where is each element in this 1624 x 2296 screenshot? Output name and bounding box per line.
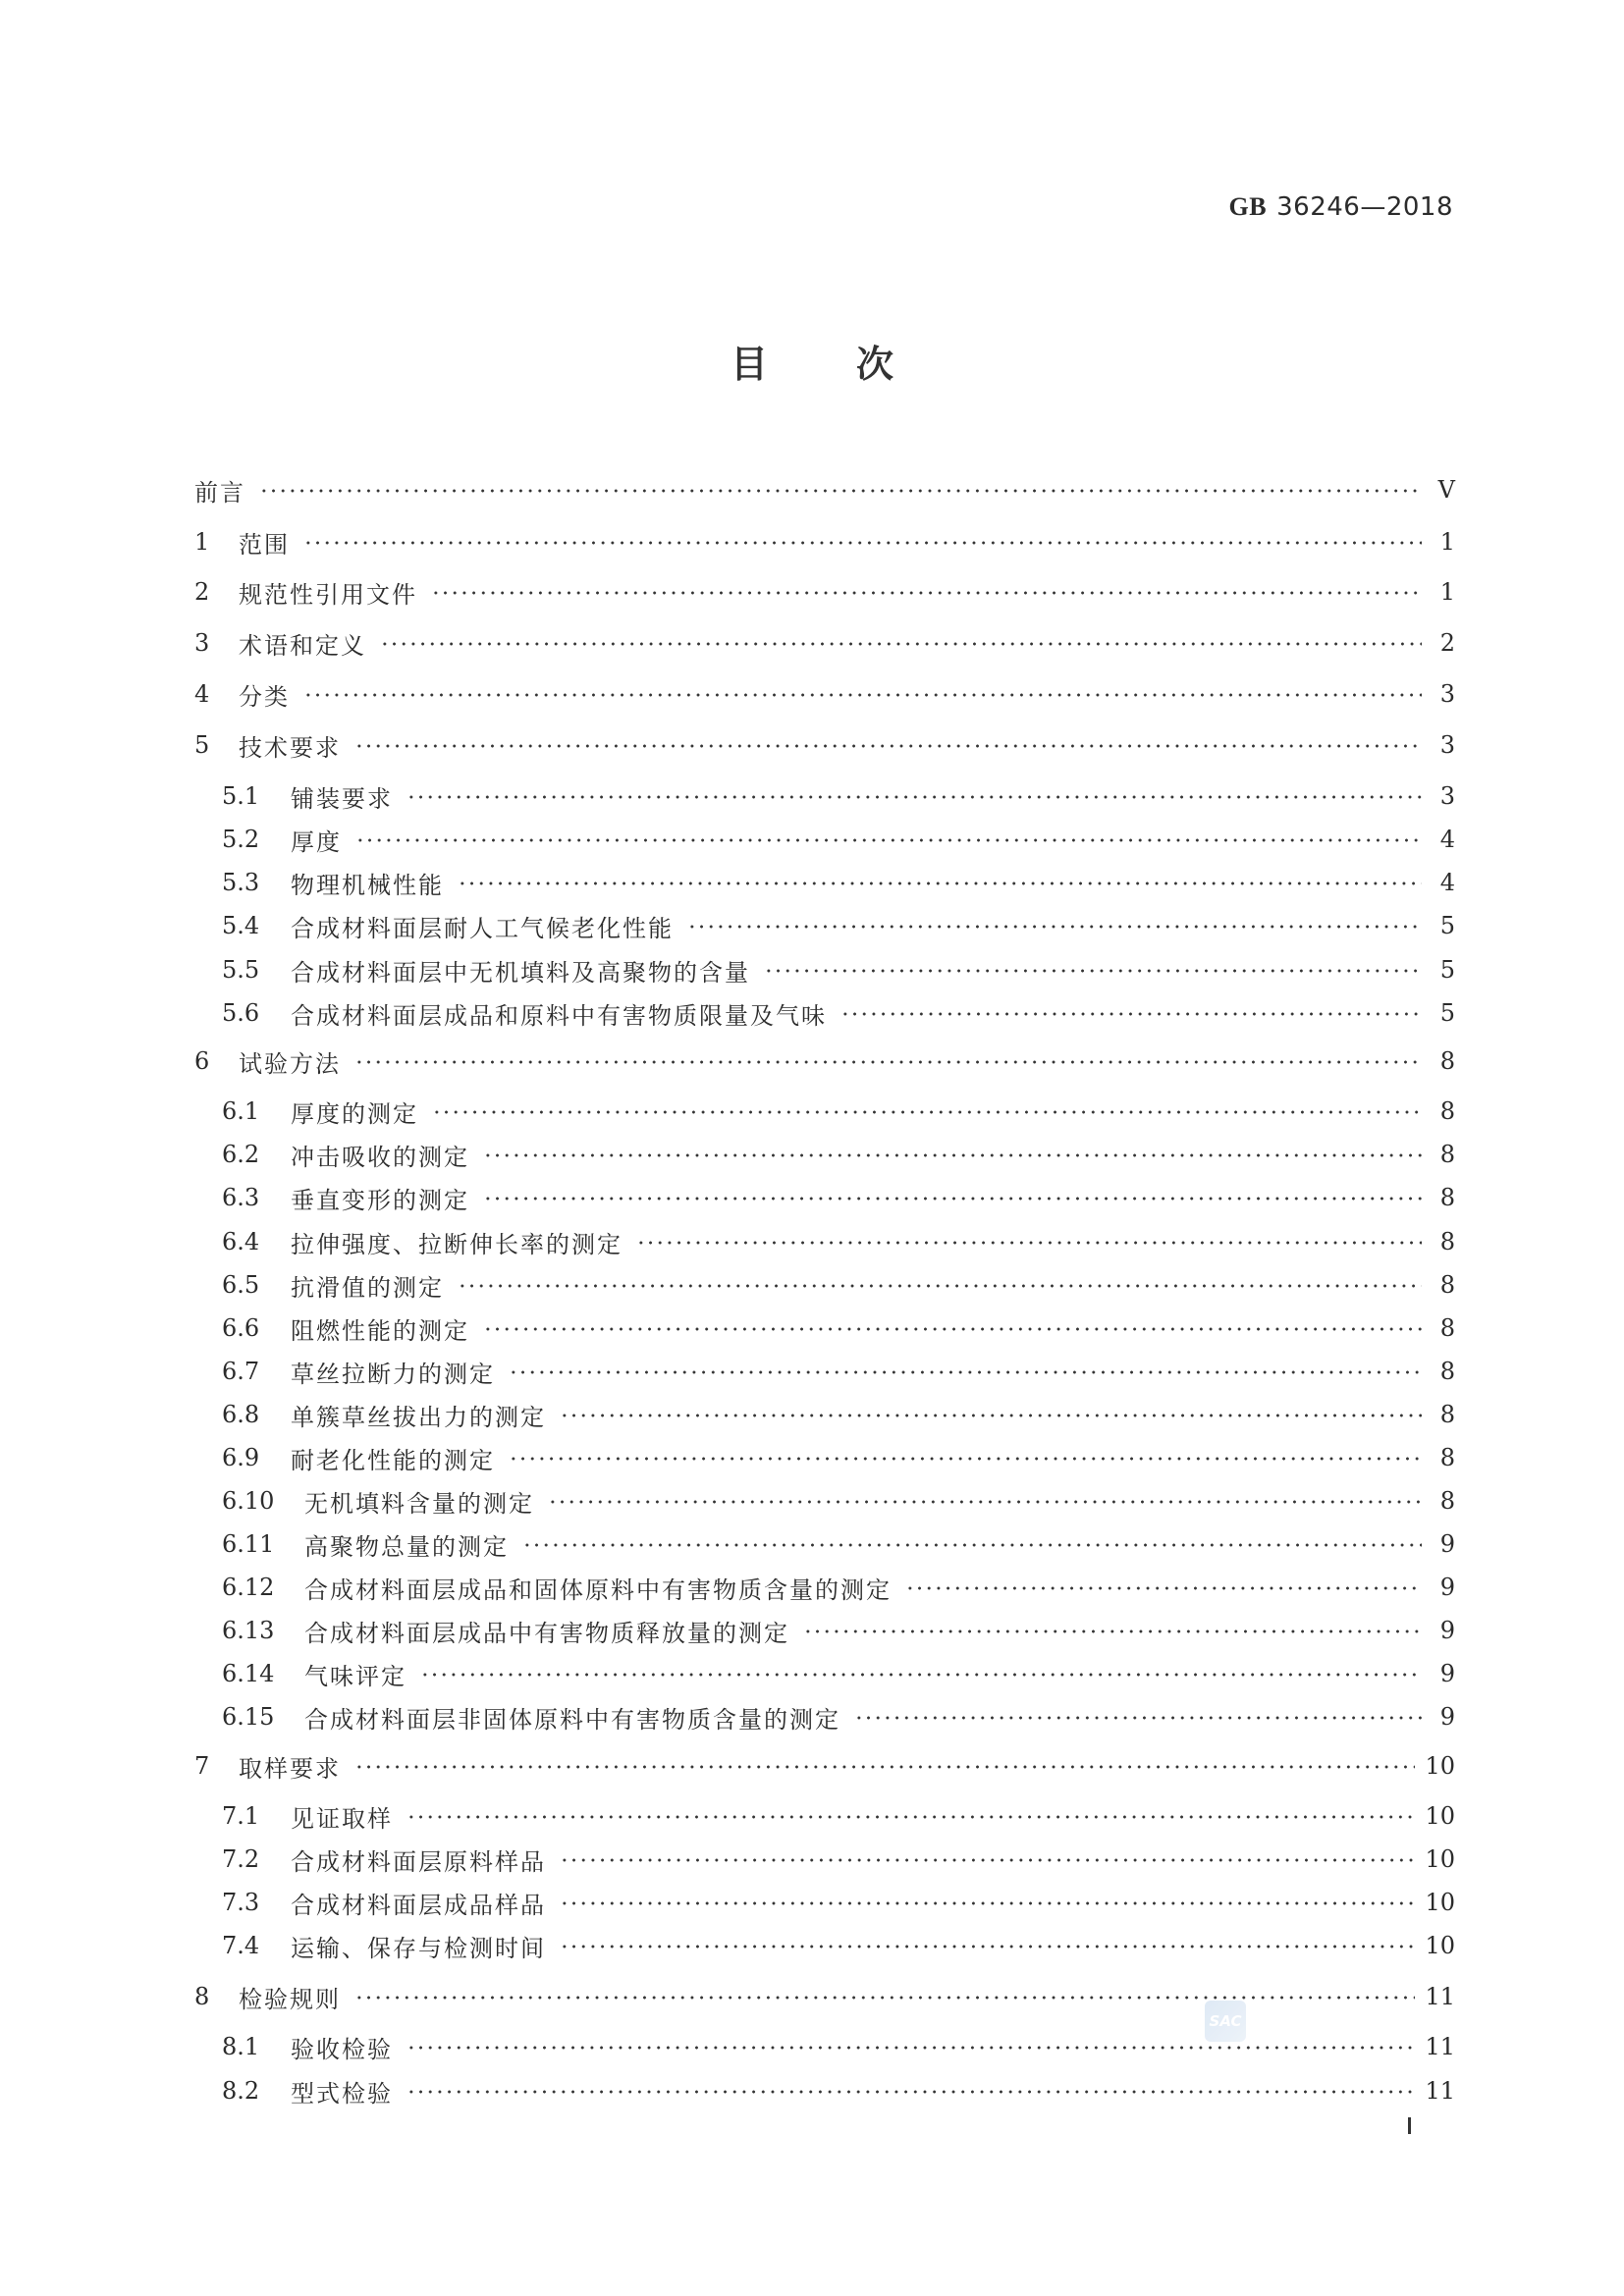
toc-entry[interactable]: 6.12合成材料面层成品和固体原料中有害物质含量的测定9	[194, 1566, 1455, 1609]
toc-entry-label: 阻燃性能的测定	[291, 1311, 469, 1346]
dot-leader	[406, 2089, 1415, 2095]
toc-entry[interactable]: 6.9耐老化性能的测定8	[194, 1436, 1455, 1479]
toc-entry-label: 合成材料面层成品中有害物质释放量的测定	[304, 1614, 789, 1648]
toc-entry[interactable]: 5.2厚度4	[194, 818, 1455, 861]
toc-entry[interactable]: 6.2冲击吸收的测定8	[194, 1133, 1455, 1176]
dot-leader	[406, 2045, 1415, 2051]
toc-entry[interactable]: 6.10无机填料含量的测定8	[194, 1479, 1455, 1522]
dot-leader	[380, 641, 1422, 647]
toc-entry-label: 物理机械性能	[291, 866, 444, 900]
toc-entry[interactable]: 2规范性引用文件1	[194, 570, 1455, 614]
toc-entry-page: 9	[1432, 1530, 1455, 1558]
toc-entry-page: 8	[1432, 1097, 1455, 1125]
toc-entry-page: 2	[1432, 629, 1455, 657]
toc-entry-page: 11	[1425, 1983, 1455, 2010]
toc-entry-label: 合成材料面层非固体原料中有害物质含量的测定	[304, 1700, 840, 1735]
toc-entry-page: 8	[1432, 1444, 1455, 1471]
toc-entry-number: 5.6	[222, 999, 291, 1027]
toc-entry-label: 铺装要求	[291, 779, 393, 814]
toc-entry[interactable]: 6.13合成材料面层成品中有害物质释放量的测定9	[194, 1609, 1455, 1652]
toc-entry-page: 8	[1432, 1228, 1455, 1255]
toc-entry-number: 5.2	[222, 826, 291, 853]
toc-entry[interactable]: 5.3物理机械性能4	[194, 861, 1455, 904]
dot-leader	[354, 743, 1422, 749]
dot-leader	[560, 1857, 1415, 1863]
toc-entry-label: 合成材料面层耐人工气候老化性能	[291, 909, 674, 943]
dot-leader	[509, 1369, 1422, 1375]
toc-entry-number: 6.11	[222, 1530, 304, 1558]
toc-entry[interactable]: 6.15合成材料面层非固体原料中有害物质含量的测定9	[194, 1695, 1455, 1738]
toc-entry-number: 6.13	[222, 1617, 304, 1644]
toc-entry-label: 拉伸强度、拉断伸长率的测定	[291, 1225, 623, 1259]
toc-entry[interactable]: 6.1厚度的测定8	[194, 1090, 1455, 1133]
toc-entry[interactable]: 7.3合成材料面层成品样品10	[194, 1881, 1455, 1924]
toc-entry-page: V	[1432, 476, 1455, 504]
toc-entry-number: 6.1	[222, 1097, 291, 1125]
toc-entry[interactable]: 7取样要求10	[194, 1744, 1455, 1788]
toc-entry-number: 6.14	[222, 1660, 304, 1687]
toc-entry-number: 7.2	[222, 1845, 291, 1873]
toc-entry-label: 气味评定	[304, 1657, 406, 1691]
toc-entry-page: 8	[1432, 1271, 1455, 1299]
toc-entry-number: 8.2	[222, 2077, 291, 2105]
toc-entry[interactable]: 8.2型式检验11	[194, 2069, 1455, 2112]
toc-entry[interactable]: 6.7草丝拉断力的测定8	[194, 1350, 1455, 1393]
dot-leader	[432, 1109, 1422, 1115]
dot-leader	[354, 1764, 1415, 1770]
dot-leader	[560, 1900, 1415, 1906]
page-number	[1408, 2117, 1411, 2134]
toc-entry-number: 6.4	[222, 1228, 291, 1255]
toc-entry-label: 抗滑值的测定	[291, 1268, 444, 1303]
toc-entry-page: 9	[1432, 1617, 1455, 1644]
dot-leader	[406, 1814, 1415, 1820]
dot-leader	[522, 1542, 1422, 1548]
toc-entry-label: 合成材料面层成品和固体原料中有害物质含量的测定	[304, 1571, 892, 1605]
toc-entry-page: 8	[1432, 1314, 1455, 1342]
toc-entry-number: 6.3	[222, 1184, 291, 1211]
toc-entry-number: 6.12	[222, 1574, 304, 1601]
toc-entry-label: 合成材料面层成品和原料中有害物质限量及气味	[291, 996, 827, 1031]
dot-leader	[483, 1152, 1422, 1158]
toc-entry-page: 3	[1432, 782, 1455, 810]
toc-entry-number: 6.8	[222, 1401, 291, 1428]
dot-leader	[354, 1059, 1422, 1065]
toc-entry-label: 范围	[239, 525, 290, 560]
dot-leader	[840, 1011, 1422, 1017]
toc-entry-label: 型式检验	[291, 2074, 393, 2109]
toc-entry-number: 5.5	[222, 956, 291, 984]
toc-entry-label: 试验方法	[239, 1044, 341, 1079]
standard-prefix: GB	[1229, 192, 1268, 221]
dot-leader	[854, 1715, 1422, 1721]
toc-entry-page: 8	[1432, 1047, 1455, 1075]
toc-entry[interactable]: 6.14气味评定9	[194, 1652, 1455, 1695]
toc-entry[interactable]: 6.8单簇草丝拔出力的测定8	[194, 1393, 1455, 1436]
toc-entry[interactable]: 5.5合成材料面层中无机填料及高聚物的含量5	[194, 948, 1455, 991]
toc-entry-page: 11	[1425, 2033, 1455, 2060]
toc-entry-number: 6.9	[222, 1444, 291, 1471]
toc-entry-label: 草丝拉断力的测定	[291, 1355, 495, 1389]
toc-entry-page: 4	[1432, 826, 1455, 853]
standard-number: 36246—2018	[1276, 192, 1453, 222]
toc-entry[interactable]: 8检验规则11	[194, 1975, 1455, 2018]
dot-leader	[303, 692, 1422, 698]
toc-entry[interactable]: 5.4合成材料面层耐人工气候老化性能5	[194, 904, 1455, 947]
toc-entry[interactable]: 6.11高聚物总量的测定9	[194, 1522, 1455, 1566]
toc-entry[interactable]: 6.4拉伸强度、拉断伸长率的测定8	[194, 1220, 1455, 1263]
toc-entry-label: 见证取样	[291, 1799, 393, 1834]
toc-entry-page: 3	[1432, 731, 1455, 759]
toc-entry[interactable]: 1范围1	[194, 520, 1455, 563]
toc-entry-number: 5.3	[222, 869, 291, 896]
dot-leader	[905, 1585, 1422, 1591]
toc-entry-label: 前言	[194, 473, 245, 507]
toc-entry-label: 取样要求	[239, 1749, 341, 1784]
toc-entry[interactable]: 前言V	[194, 468, 1455, 511]
toc-entry-page: 5	[1432, 999, 1455, 1027]
dot-leader	[548, 1499, 1422, 1505]
toc-entry-number: 8.1	[222, 2033, 291, 2060]
toc-entry[interactable]: 6.3垂直变形的测定8	[194, 1176, 1455, 1219]
toc-entry-page: 9	[1432, 1660, 1455, 1687]
dot-leader	[483, 1326, 1422, 1332]
toc-entry-label: 分类	[239, 677, 290, 712]
dot-leader	[406, 794, 1422, 800]
toc-entry[interactable]: 5.6合成材料面层成品和原料中有害物质限量及气味5	[194, 991, 1455, 1035]
toc-entry-page: 1	[1432, 528, 1455, 556]
toc-entry-number: 5.4	[222, 912, 291, 939]
toc-entry-number: 4	[194, 680, 239, 708]
standard-code: GB36246—2018	[1229, 192, 1453, 222]
toc-entry-page: 8	[1432, 1184, 1455, 1211]
toc-entry-label: 垂直变形的测定	[291, 1181, 469, 1215]
dot-leader	[560, 1944, 1415, 1949]
toc-entry-page: 10	[1425, 1752, 1455, 1780]
toc-entry[interactable]: 7.4运输、保存与检测时间10	[194, 1924, 1455, 1967]
toc-entry-page: 8	[1432, 1487, 1455, 1515]
toc-entry[interactable]: 6试验方法8	[194, 1040, 1455, 1083]
toc-entry[interactable]: 4分类3	[194, 672, 1455, 716]
toc-entry-number: 8	[194, 1983, 239, 2010]
toc-entry[interactable]: 6.5抗滑值的测定8	[194, 1263, 1455, 1307]
toc-entry-page: 10	[1425, 1932, 1455, 1959]
toc-entry-label: 单簇草丝拔出力的测定	[291, 1398, 546, 1432]
dot-leader	[420, 1672, 1422, 1678]
toc-entry-number: 6.15	[222, 1703, 304, 1731]
dot-leader	[509, 1456, 1422, 1462]
toc-entry-page: 10	[1425, 1845, 1455, 1873]
page-title: 目次	[0, 334, 1624, 388]
toc-entry-number: 2	[194, 578, 239, 606]
toc-entry-page: 8	[1432, 1358, 1455, 1385]
toc-entry-number: 1	[194, 528, 239, 556]
dot-leader	[803, 1629, 1422, 1634]
toc-entry-page: 3	[1432, 680, 1455, 708]
toc-entry-number: 6.2	[222, 1141, 291, 1168]
toc-entry-label: 运输、保存与检测时间	[291, 1929, 546, 1963]
toc-entry-page: 10	[1425, 1889, 1455, 1916]
dot-leader	[764, 968, 1422, 974]
toc-entry-label: 合成材料面层原料样品	[291, 1842, 546, 1877]
toc-entry-label: 高聚物总量的测定	[304, 1527, 509, 1562]
toc-entry-label: 规范性引用文件	[239, 575, 417, 610]
toc-entry-number: 3	[194, 629, 239, 657]
toc-entry-label: 术语和定义	[239, 626, 366, 661]
toc-entry-page: 4	[1432, 869, 1455, 896]
toc-entry-label: 合成材料面层成品样品	[291, 1886, 546, 1920]
dot-leader	[687, 924, 1422, 930]
toc-entry-page: 9	[1432, 1703, 1455, 1731]
toc-entry-label: 技术要求	[239, 728, 341, 763]
toc-entry[interactable]: 8.1验收检验11	[194, 2025, 1455, 2068]
dot-leader	[259, 488, 1422, 494]
toc-entry-page: 5	[1432, 912, 1455, 939]
toc-entry-page: 5	[1432, 956, 1455, 984]
toc-entry-label: 耐老化性能的测定	[291, 1441, 495, 1475]
dot-leader	[636, 1240, 1422, 1246]
toc-entry-number: 5	[194, 731, 239, 759]
toc-entry-label: 无机填料含量的测定	[304, 1484, 534, 1519]
dot-leader	[458, 1283, 1422, 1289]
dot-leader	[458, 881, 1422, 886]
toc-entry-page: 8	[1432, 1401, 1455, 1428]
toc-entry-number: 7.3	[222, 1889, 291, 1916]
toc-entry-label: 冲击吸收的测定	[291, 1138, 469, 1172]
toc-entry[interactable]: 5技术要求3	[194, 723, 1455, 767]
toc-entry-page: 10	[1425, 1802, 1455, 1830]
toc-entry-number: 6.5	[222, 1271, 291, 1299]
dot-leader	[560, 1413, 1422, 1418]
toc-entry-label: 厚度	[291, 823, 342, 857]
toc-entry-number: 7.4	[222, 1932, 291, 1959]
toc-entry-number: 7.1	[222, 1802, 291, 1830]
toc-entry-number: 6.10	[222, 1487, 304, 1515]
toc-entry-label: 检验规则	[239, 1980, 341, 2014]
dot-leader	[483, 1196, 1422, 1201]
dot-leader	[355, 837, 1422, 843]
toc-entry-number: 6.7	[222, 1358, 291, 1385]
toc-entry-number: 6	[194, 1047, 239, 1075]
toc-entry-page: 9	[1432, 1574, 1455, 1601]
toc-entry-label: 验收检验	[291, 2030, 393, 2064]
toc-entry-number: 7	[194, 1752, 239, 1780]
toc-entry[interactable]: 7.2合成材料面层原料样品10	[194, 1838, 1455, 1881]
dot-leader	[431, 590, 1422, 596]
dot-leader	[354, 1995, 1415, 2001]
toc-entry[interactable]: 3术语和定义2	[194, 621, 1455, 665]
toc-entry-number: 6.6	[222, 1314, 291, 1342]
toc-entry[interactable]: 5.1铺装要求3	[194, 774, 1455, 818]
toc-entry-page: 11	[1425, 2077, 1455, 2105]
toc-entry[interactable]: 7.1见证取样10	[194, 1794, 1455, 1838]
dot-leader	[303, 540, 1422, 546]
toc-entry-label: 厚度的测定	[291, 1095, 418, 1129]
toc-entry-page: 1	[1432, 578, 1455, 606]
toc-entry[interactable]: 6.6阻燃性能的测定8	[194, 1307, 1455, 1350]
toc-entry-label: 合成材料面层中无机填料及高聚物的含量	[291, 953, 750, 988]
sac-logo-watermark: SAC	[1205, 2001, 1246, 2042]
toc-entry-number: 5.1	[222, 782, 291, 810]
toc-entry-page: 8	[1432, 1141, 1455, 1168]
